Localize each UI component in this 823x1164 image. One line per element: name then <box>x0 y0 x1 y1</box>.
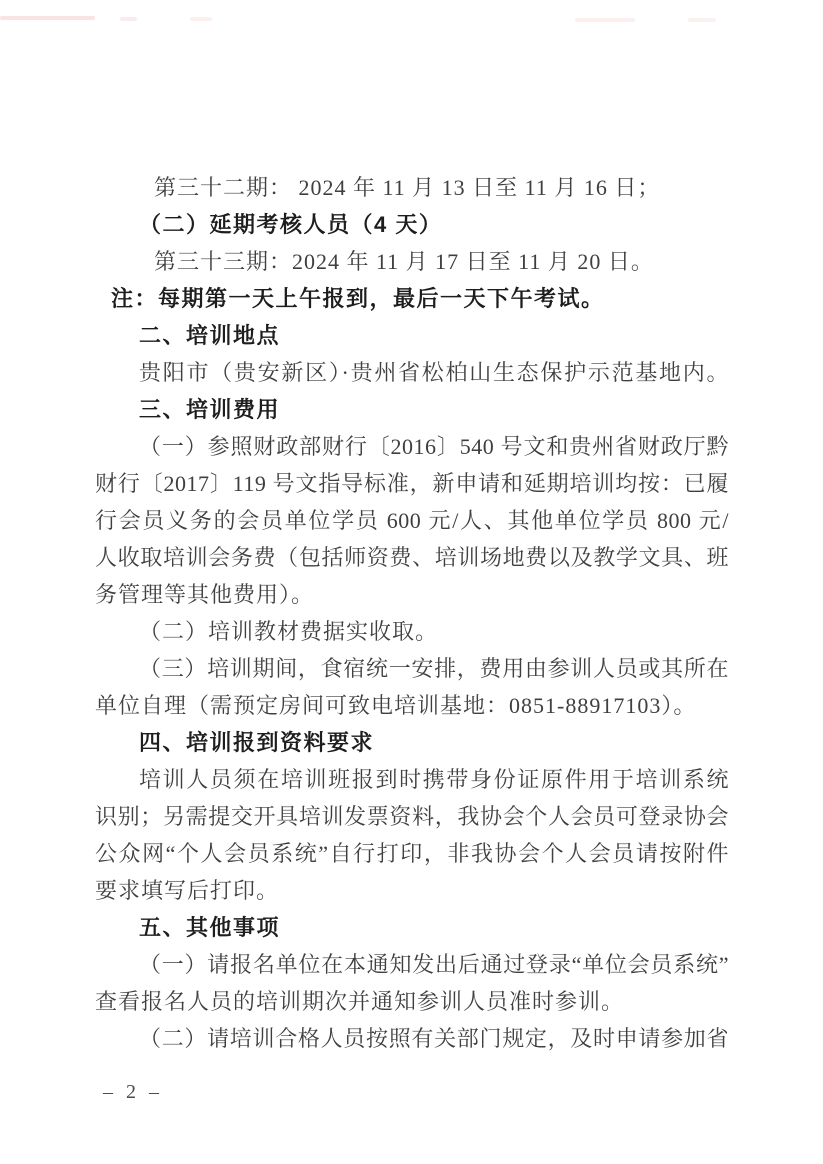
scan-artifact <box>0 16 95 20</box>
line-checkin-para-2: 识别；另需提交开具培训发票资料，我协会个人会员可登录协会 <box>95 798 729 835</box>
line-fee-para-4: 人收取培训会务费（包括师资费、培训场地费以及教学文具、班 <box>95 539 729 576</box>
line-other-1-para-1: （一）请报名单位在本通知发出后通过登录“单位会员系统” <box>95 946 729 983</box>
line-board-para-1: （三）培训期间，食宿统一安排，费用由参训人员或其所在 <box>95 650 729 687</box>
heading-checkin-materials: 四、培训报到资料要求 <box>95 724 729 761</box>
heading-training-fees: 三、培训费用 <box>95 391 729 428</box>
heading-training-location: 二、培训地点 <box>95 317 729 354</box>
scan-artifact <box>120 17 137 21</box>
line-checkin-para-4: 要求填写后打印。 <box>95 872 729 909</box>
line-session-33-dates: 第三十三期：2024 年 11 月 17 日至 11 月 20 日。 <box>95 243 729 280</box>
line-fee-para-5: 务管理等其他费用）。 <box>95 576 729 613</box>
line-fee-para-3: 行会员义务的会员单位学员 600 元/人、其他单位学员 800 元/ <box>95 502 729 539</box>
heading-other-matters: 五、其他事项 <box>95 909 729 946</box>
notice-body: 第三十二期： 2024 年 11 月 13 日至 11 月 16 日； （二）延… <box>95 169 729 1057</box>
scanned-notice-page: 第三十二期： 2024 年 11 月 13 日至 11 月 16 日； （二）延… <box>0 0 823 1164</box>
line-note-checkin-exam: 注：每期第一天上午报到，最后一天下午考试。 <box>95 280 729 317</box>
line-other-1-para-2: 查看报名人员的培训期次并通知参训人员准时参训。 <box>95 983 729 1020</box>
line-fee-para-1: （一）参照财政部财行〔2016〕540 号文和贵州省财政厅黔 <box>95 428 729 465</box>
page-number: – 2 – <box>103 1078 163 1106</box>
line-materials-fee: （二）培训教材费据实收取。 <box>95 613 729 650</box>
line-deferred-assessment: （二）延期考核人员（4 天） <box>95 206 729 243</box>
scan-artifact <box>190 17 212 21</box>
scan-artifact <box>688 18 716 22</box>
line-session-32-dates: 第三十二期： 2024 年 11 月 13 日至 11 月 16 日； <box>95 169 729 206</box>
line-checkin-para-3: 公众网“个人会员系统”自行打印，非我协会个人会员请按附件 <box>95 835 729 872</box>
line-other-2-para-1: （二）请培训合格人员按照有关部门规定，及时申请参加省 <box>95 1020 729 1057</box>
line-fee-para-2: 财行〔2017〕119 号文指导标准，新申请和延期培训均按：已履 <box>95 465 729 502</box>
scan-artifact <box>575 18 635 22</box>
line-board-para-2: 单位自理（需预定房间可致电培训基地：0851-88917103）。 <box>95 687 729 724</box>
line-checkin-para-1: 培训人员须在培训班报到时携带身份证原件用于培训系统 <box>95 761 729 798</box>
line-location: 贵阳市（贵安新区）·贵州省松柏山生态保护示范基地内。 <box>95 354 729 391</box>
